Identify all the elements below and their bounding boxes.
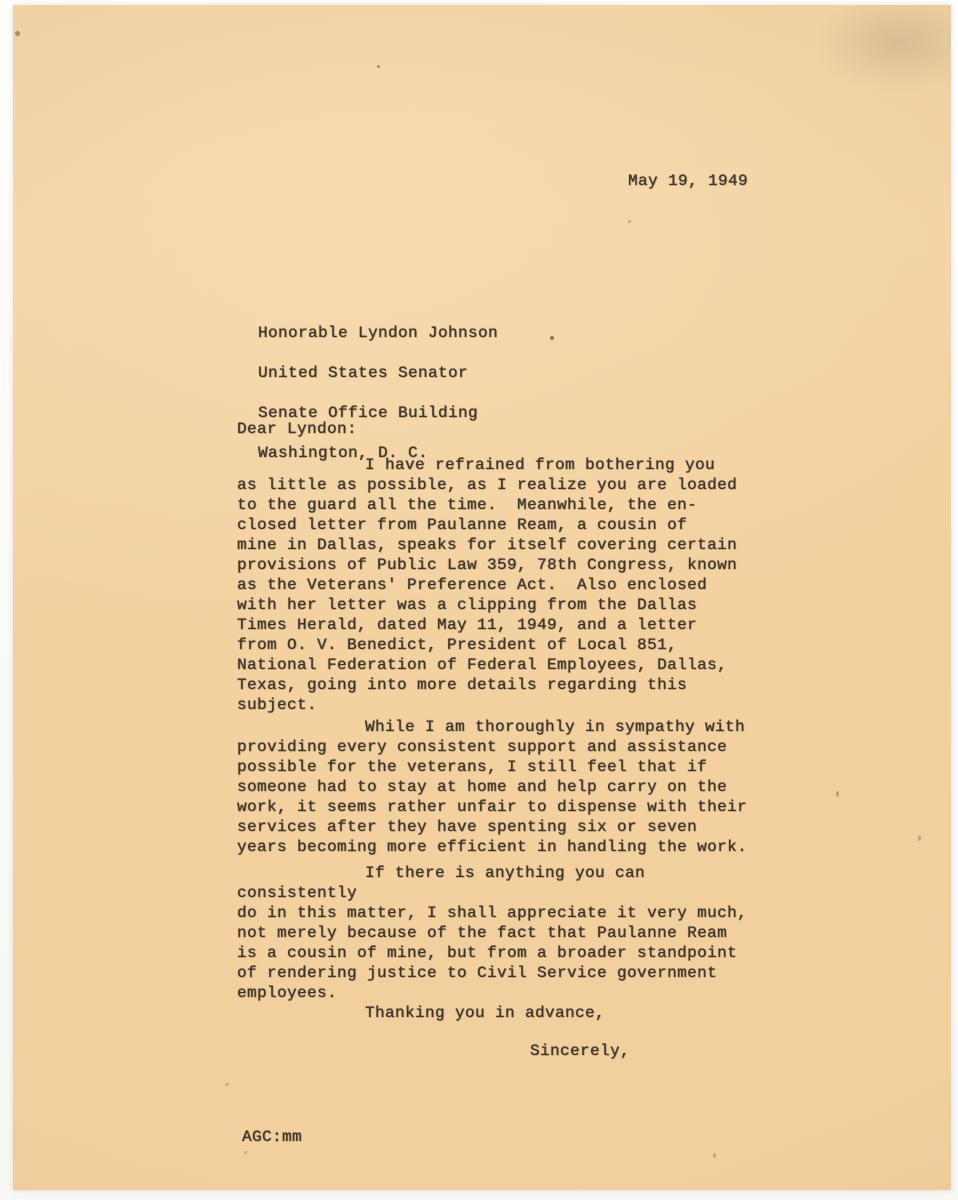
recipient-name: Honorable Lyndon Johnson xyxy=(258,324,498,342)
closing-line: Thanking you in advance, xyxy=(365,1003,605,1023)
reference-initials: AGC:mm xyxy=(242,1127,302,1147)
paper-speck xyxy=(550,336,554,340)
letter-date: May 19, 1949 xyxy=(628,171,748,191)
paper-speck xyxy=(628,220,631,223)
paper-speck xyxy=(225,1083,229,1086)
body-paragraph-3: If there is anything you can consistentl… xyxy=(237,863,757,1003)
signoff: Sincerely, xyxy=(530,1041,630,1061)
paper-speck xyxy=(15,31,20,36)
paper-speck xyxy=(836,791,839,797)
scanned-letter-page: May 19, 1949 Honorable Lyndon Johnson Un… xyxy=(0,0,958,1200)
paper-speck xyxy=(713,1153,716,1158)
body-paragraph-2: While I am thoroughly in sympathy with p… xyxy=(237,717,757,857)
paper-speck xyxy=(377,65,380,68)
letter-paper: May 19, 1949 Honorable Lyndon Johnson Un… xyxy=(13,5,951,1190)
recipient-title: United States Senator xyxy=(258,364,468,382)
salutation: Dear Lyndon: xyxy=(237,419,357,439)
recipient-address-block: Honorable Lyndon Johnson United States S… xyxy=(258,323,498,463)
paper-speck xyxy=(918,835,921,841)
body-paragraph-1: I have refrained from bothering you as l… xyxy=(237,455,757,715)
paper-speck xyxy=(244,1151,247,1154)
